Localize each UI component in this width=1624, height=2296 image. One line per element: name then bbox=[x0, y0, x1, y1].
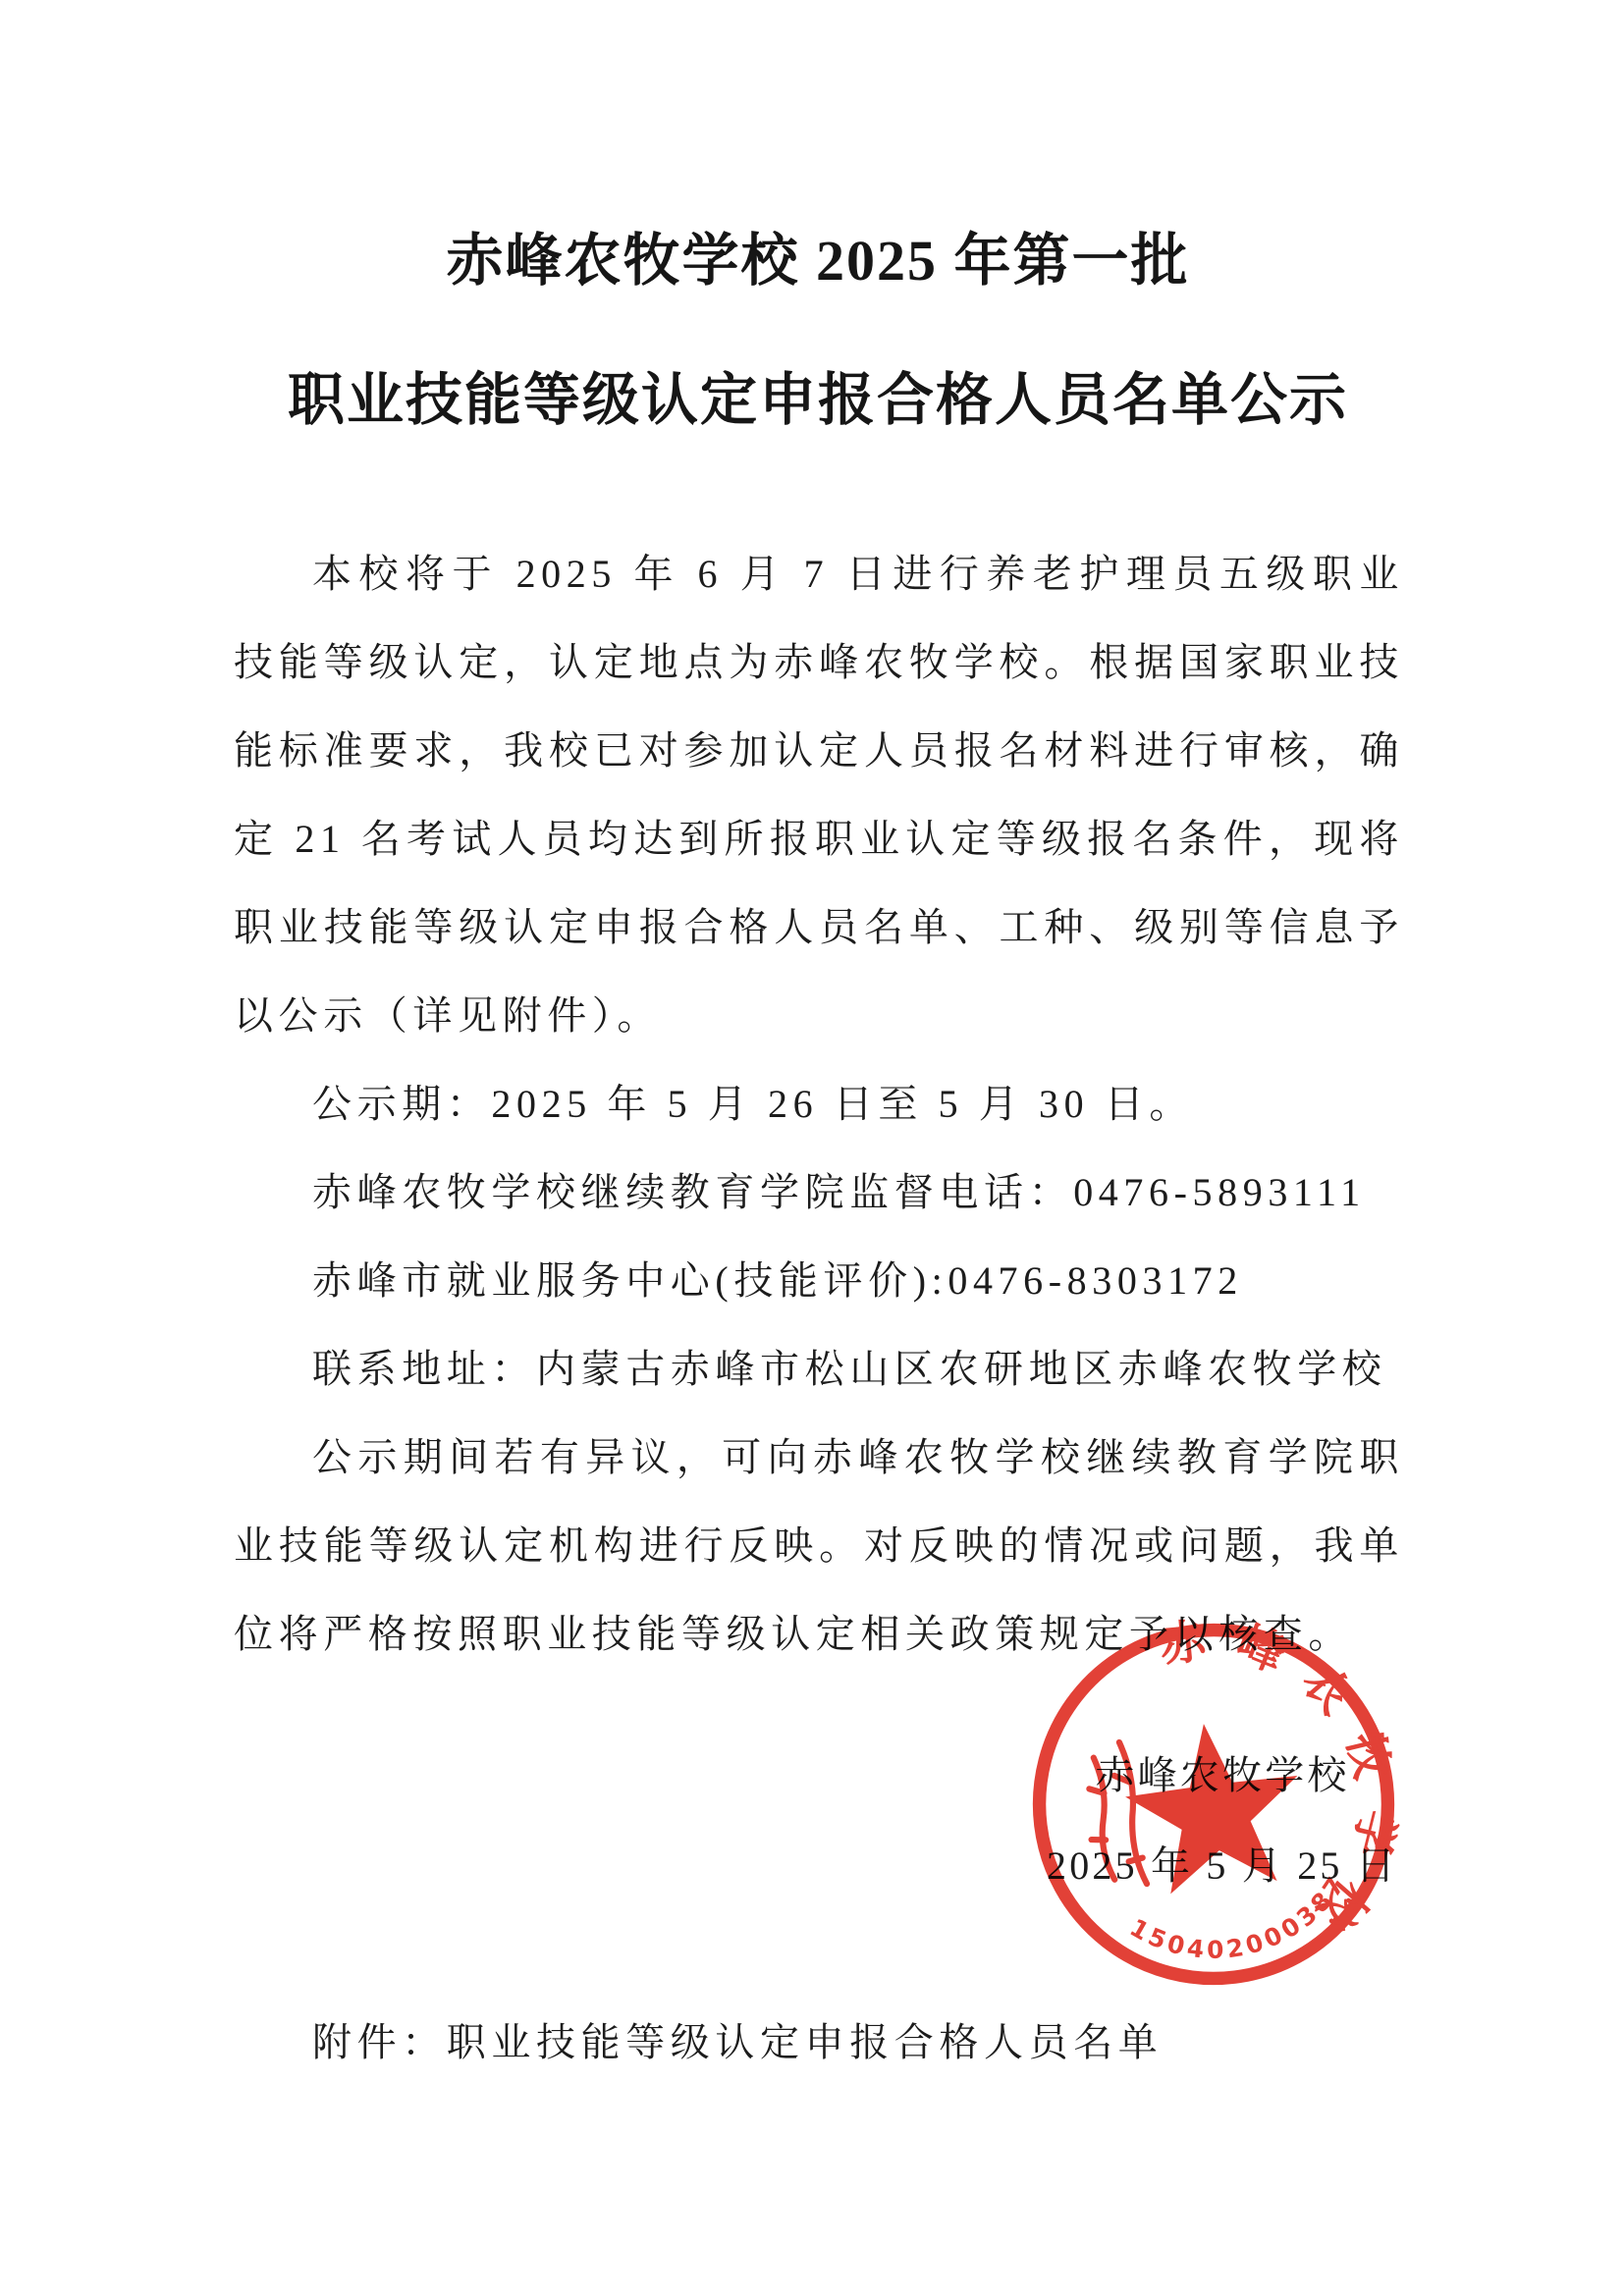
announcement-document: 赤峰农牧学校 2025 年第一批 职业技能等级认定申报合格人员名单公示 本校将于… bbox=[0, 0, 1624, 2296]
paragraph-service-center-phone: 赤峰市就业服务中心(技能评价):0476-8303172 bbox=[234, 1237, 1404, 1325]
paragraph-supervision-phone: 赤峰农牧学校继续教育学院监督电话：0476-5893111 bbox=[234, 1148, 1404, 1237]
document-title: 赤峰农牧学校 2025 年第一批 职业技能等级认定申报合格人员名单公示 bbox=[234, 191, 1402, 470]
paragraph-objection-notice: 公示期间若有异议，可向赤峰农牧学校继续教育学院职业技能等级认定机构进行反映。对反… bbox=[234, 1414, 1404, 1679]
attachment-note: 附件：职业技能等级认定申报合格人员名单 bbox=[234, 1999, 1404, 2087]
signature-block: 赤峰农牧学校 2025 年 5 月 25 日 bbox=[1001, 1731, 1443, 1911]
paragraph-contact-address: 联系地址：内蒙古赤峰市松山区农研地区赤峰农牧学校 bbox=[234, 1325, 1404, 1414]
paragraph-publicity-period: 公示期：2025 年 5 月 26 日至 5 月 30 日。 bbox=[234, 1060, 1404, 1148]
signature-org: 赤峰农牧学校 bbox=[1001, 1731, 1443, 1821]
title-line-1: 赤峰农牧学校 2025 年第一批 bbox=[234, 191, 1402, 331]
signature-date: 2025 年 5 月 25 日 bbox=[1001, 1821, 1443, 1911]
title-line-2: 职业技能等级认定申报合格人员名单公示 bbox=[234, 331, 1402, 470]
document-body: 本校将于 2025 年 6 月 7 日进行养老护理员五级职业技能等级认定，认定地… bbox=[234, 530, 1404, 1679]
paragraph-intro: 本校将于 2025 年 6 月 7 日进行养老护理员五级职业技能等级认定，认定地… bbox=[234, 530, 1404, 1060]
